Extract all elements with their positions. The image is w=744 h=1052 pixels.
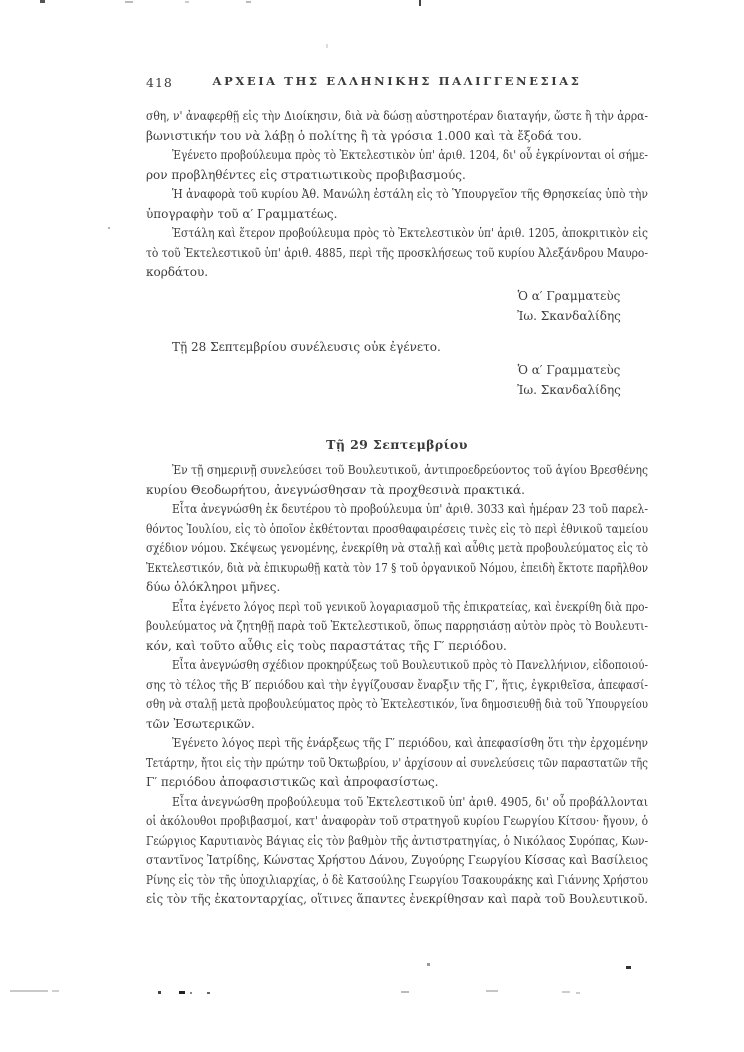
- text-line: σθη νὰ σταλῇ μετὰ προβουλεύματος πρὸς τὸ…: [146, 695, 648, 715]
- paragraph: Εἶτα ἀνεγνώσθη σχέδιον προκηρύξεως τοῦ Β…: [146, 656, 648, 734]
- scan-artifact: [562, 991, 570, 993]
- text-line: Εἶτα ἀνεγνώσθη ἐκ δευτέρου τὸ προβούλευμ…: [146, 500, 648, 520]
- text-line: Γ′ περιόδου ἀποφασιστικῶς καὶ ἀπροφασίστ…: [146, 773, 648, 793]
- text-line: Εἶτα ἀνεγνώσθη σχέδιον προκηρύξεως τοῦ Β…: [146, 656, 648, 676]
- text-line: Εἶτα ἐγένετο λόγος περὶ τοῦ γενικοῦ λογα…: [146, 598, 648, 618]
- text-line: ρον προβληθέντες εἰς στρατιωτικοὺς προβι…: [146, 166, 648, 186]
- text-line: Ἐγένετο λόγος περὶ τῆς ἐνάρξεως τῆς Γ′ π…: [146, 734, 648, 754]
- text-line: κόν, καὶ τοῦτο αὖθις εἰς τοὺς παραστάτας…: [146, 637, 648, 657]
- paragraph: Ἐστάλη καὶ ἕτερον προβούλευμα πρὸς τὸ Ἐκ…: [146, 224, 648, 283]
- signatory-name: Ἰω. Σκανδαλίδης: [514, 306, 624, 326]
- text-line: βουλεύματος νὰ ζητηθῇ παρὰ τοῦ Ἐκτελεστι…: [146, 617, 648, 637]
- paragraph: Ἐγένετο προβούλευμα πρὸς τὸ Ἐκτελεστικὸν…: [146, 146, 648, 185]
- text-line: κυρίου Θεοδωρήτου, ἀνεγνώσθησαν τὰ προχθ…: [146, 481, 648, 501]
- text-line: Ἐγένετο προβούλευμα πρὸς τὸ Ἐκτελεστικὸν…: [146, 146, 648, 166]
- signature-block: Ὁ α′ Γραμματεὺς Ἰω. Σκανδαλίδης: [514, 286, 624, 326]
- text-line: Ἡ ἀναφορὰ τοῦ κυρίου Ἀθ. Μανώλη ἐστάλη ε…: [146, 185, 648, 205]
- text-line: ὑπογραφὴν τοῦ α′ Γραμματέως.: [146, 205, 648, 225]
- signature-block: Ὁ α′ Γραμματεὺς Ἰω. Σκανδαλίδης: [514, 360, 624, 400]
- text-line: Ρίνης εἰς τὸν τῆς ὑποχιλιαρχίας, ὁ δὲ Κα…: [146, 871, 648, 891]
- text-line: Τῇ 28 Σεπτεμβρίου συνέλευσις οὐκ ἐγένετο…: [146, 338, 648, 358]
- scan-artifact: [185, 1, 189, 3]
- text-block: 418 ΑΡΧΕΙΑ ΤΗΣ ΕΛΛΗΝΙΚΗΣ ΠΑΛΙΓΓΕΝΕΣΙΑΣ σ…: [146, 74, 648, 910]
- text-line: σης τὸ τέλος τῆς Β′ περιόδου καὶ τὴν ἐγγ…: [146, 676, 648, 696]
- paragraph: σθη, ν' ἀναφερθῇ εἰς τὴν Διοίκησιν, διὰ …: [146, 107, 648, 146]
- paragraph: Ἐγένετο λόγος περὶ τῆς ἐνάρξεως τῆς Γ′ π…: [146, 734, 648, 793]
- scan-artifact: [40, 0, 45, 3]
- text-line: Εἶτα ἀνεγνώσθη προβούλευμα τοῦ Ἐκτελεστι…: [146, 793, 648, 813]
- text-line: Τετάρτην, ἤτοι εἰς τὴν πρώτην τοῦ Ὀκτωβρ…: [146, 754, 648, 774]
- paragraph: Ἐν τῇ σημερινῇ συνελεύσει τοῦ Βουλευτικο…: [146, 461, 648, 500]
- session-date-heading: Τῇ 29 Σεπτεμβρίου: [146, 436, 648, 454]
- scan-artifact: [10, 990, 48, 992]
- scanned-book-page: 418 ΑΡΧΕΙΑ ΤΗΣ ΕΛΛΗΝΙΚΗΣ ΠΑΛΙΓΓΕΝΕΣΙΑΣ σ…: [0, 0, 744, 1052]
- text-line: οἱ ἀκόλουθοι προβιβασμοί, κατ' ἀναφορὰν …: [146, 812, 648, 832]
- scan-artifact: [427, 963, 430, 966]
- paragraph: Ἡ ἀναφορὰ τοῦ κυρίου Ἀθ. Μανώλη ἐστάλη ε…: [146, 185, 648, 224]
- scan-artifact: [52, 990, 59, 992]
- text-line: δύω ὁλόκληροι μῆνες.: [146, 578, 648, 598]
- scan-artifact: [576, 992, 580, 994]
- scan-artifact: [190, 992, 192, 994]
- text-line: σθη, ν' ἀναφερθῇ εἰς τὴν Διοίκησιν, διὰ …: [146, 107, 648, 127]
- text-line: βωνιστικήν του νὰ λάβῃ ὁ πολίτης ἢ τὰ γρ…: [146, 127, 648, 147]
- scan-artifact: [207, 992, 210, 994]
- scan-artifact: [626, 966, 631, 969]
- scan-artifact: [246, 1, 251, 3]
- text-line: εἰς τὸν τῆς ἑκατονταρχίας, οἵτινες ἅπαντ…: [146, 890, 648, 910]
- signatory-role: Ὁ α′ Γραμματεὺς: [514, 286, 624, 306]
- text-line: Ἐστάλη καὶ ἕτερον προβούλευμα πρὸς τὸ Ἐκ…: [146, 224, 648, 244]
- signatory-role: Ὁ α′ Γραμματεὺς: [514, 360, 624, 380]
- text-line: Ἐκτελεστικόν, διὰ νὰ ἐπικυρωθῇ κατὰ τὸν …: [146, 559, 648, 579]
- scan-artifact: [125, 1, 133, 3]
- running-title: ΑΡΧΕΙΑ ΤΗΣ ΕΛΛΗΝΙΚΗΣ ΠΑΛΙΓΓΕΝΕΣΙΑΣ: [146, 74, 648, 87]
- scan-artifact: [108, 227, 110, 229]
- scan-artifact: [326, 44, 328, 48]
- text-line: κορδάτου.: [146, 263, 648, 283]
- paragraph: Εἶτα ἐγένετο λόγος περὶ τοῦ γενικοῦ λογα…: [146, 598, 648, 657]
- scan-artifact: [401, 991, 409, 993]
- text-line: σταντῖνος Ἰατρίδης, Κώνστας Χρήστου Δάνο…: [146, 851, 648, 871]
- scan-artifact: [486, 990, 498, 992]
- paragraph: Εἶτα ἀνεγνώσθη ἐκ δευτέρου τὸ προβούλευμ…: [146, 500, 648, 598]
- text-line: τὸ τοῦ Ἐκτελεστικοῦ ὑπ' ἀριθ. 4885, περὶ…: [146, 244, 648, 264]
- page-header: 418 ΑΡΧΕΙΑ ΤΗΣ ΕΛΛΗΝΙΚΗΣ ΠΑΛΙΓΓΕΝΕΣΙΑΣ: [146, 74, 648, 90]
- scan-artifact: [419, 0, 421, 6]
- text-line: τῶν Ἐσωτερικῶν.: [146, 715, 648, 735]
- scan-artifact: [158, 991, 161, 994]
- no-session-note: Τῇ 28 Σεπτεμβρίου συνέλευσις οὐκ ἐγένετο…: [146, 338, 648, 358]
- text-line: Ἐν τῇ σημερινῇ συνελεύσει τοῦ Βουλευτικο…: [146, 461, 648, 481]
- paragraph: Εἶτα ἀνεγνώσθη προβούλευμα τοῦ Ἐκτελεστι…: [146, 793, 648, 910]
- scan-artifact: [179, 991, 185, 994]
- signatory-name: Ἰω. Σκανδαλίδης: [514, 380, 624, 400]
- text-line: σχέδιον νόμου. Σκέψεως γενομένης, ἐνεκρί…: [146, 539, 648, 559]
- text-line: Γεώργιος Καρυτιανὸς Βάγιας εἰς τὸν βαθμὸ…: [146, 832, 648, 852]
- text-line: θόντος Ἰουλίου, εἰς τὸ ὁποῖον ἐκθέτονται…: [146, 520, 648, 540]
